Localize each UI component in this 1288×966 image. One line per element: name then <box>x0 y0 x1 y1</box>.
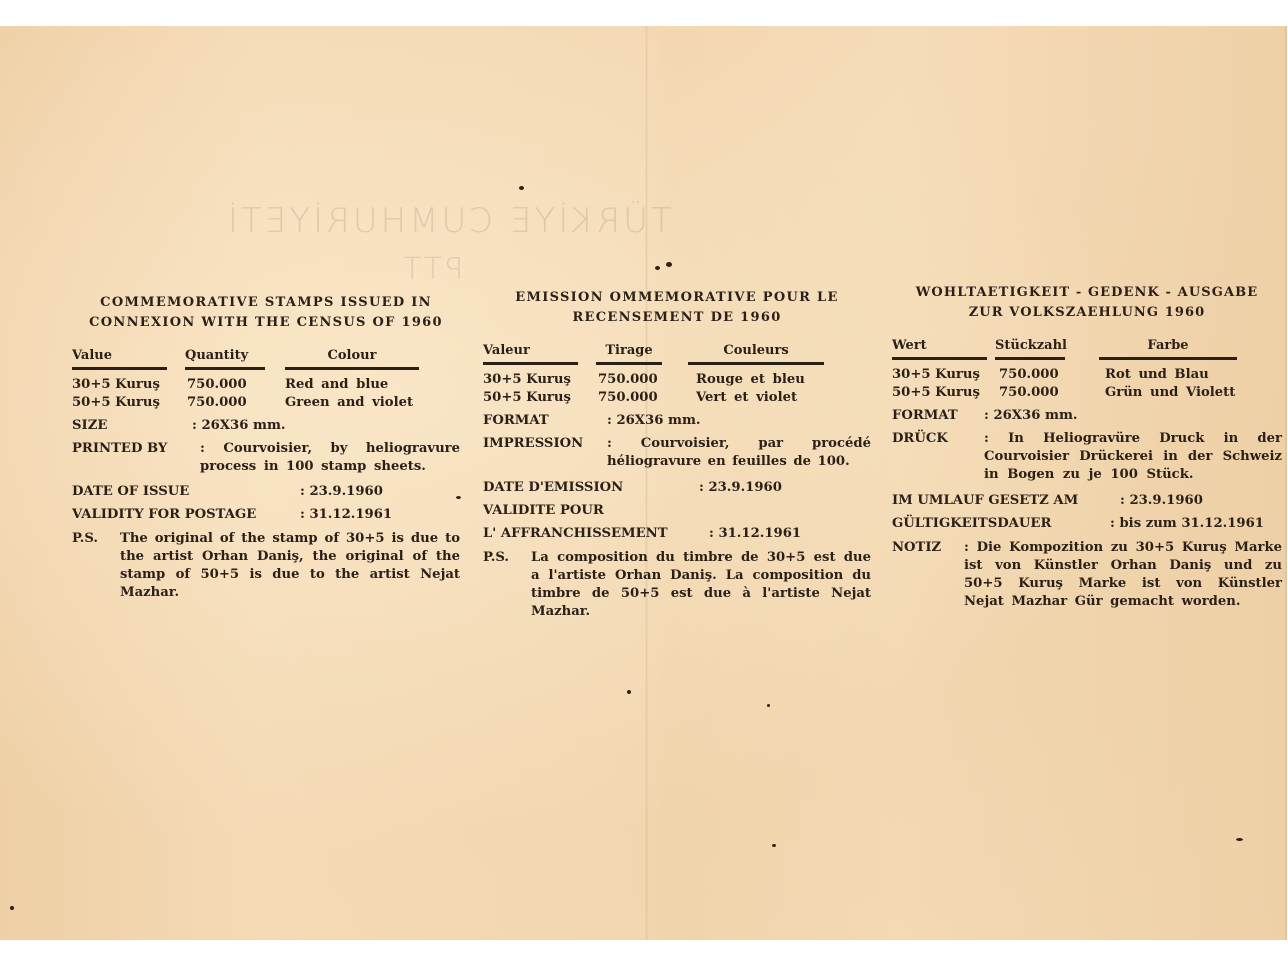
header-value: Value <box>72 347 167 370</box>
ink-speck <box>10 906 14 910</box>
french-table-header: Valeur Tirage Couleurs <box>483 342 871 365</box>
bleed-through-subtitle: PTT <box>400 252 463 287</box>
ink-speck <box>519 186 524 190</box>
table-row: 30+5 Kuruş 750.000 Rot und Blau <box>892 366 1282 384</box>
header-stueckzahl: Stückzahl <box>995 337 1065 360</box>
table-row: 30+5 Kuruş 750.000 Red and blue <box>72 376 460 394</box>
bleed-through-title: TÜRKİYE CUMHURİYETİ <box>225 201 672 241</box>
ink-speck <box>772 844 776 847</box>
header-farbe: Farbe <box>1099 337 1237 360</box>
header-valeur: Valeur <box>483 342 578 365</box>
gueltigkeitsdauer-field: GÜLTIGKEITSDAUER : bis zum 31.12.1961 <box>892 515 1282 533</box>
german-section: WOHLTAETIGKEIT - GEDENK - AUSGABE ZUR VO… <box>892 283 1282 611</box>
header-wert: Wert <box>892 337 987 360</box>
validite-label-field: VALIDITE POUR <box>483 502 871 520</box>
table-row: 50+5 Kuruş 750.000 Vert et violet <box>483 389 871 407</box>
header-couleurs: Couleurs <box>688 342 824 365</box>
header-quantity: Quantity <box>185 347 265 370</box>
date-of-issue-field: DATE OF ISSUE : 23.9.1960 <box>72 483 460 501</box>
german-table-header: Wert Stückzahl Farbe <box>892 337 1282 360</box>
notiz-field: NOTIZ : Die Kompozition zu 30+5 Kuruş Ma… <box>892 539 1282 611</box>
druck-field: DRÜCK : In Heliogravüre Druck in der Cou… <box>892 430 1282 484</box>
english-heading: COMMEMORATIVE STAMPS ISSUED IN CONNEXION… <box>72 293 460 333</box>
english-section: COMMEMORATIVE STAMPS ISSUED IN CONNEXION… <box>72 293 460 602</box>
english-table-header: Value Quantity Colour <box>72 347 460 370</box>
ink-speck <box>655 266 660 270</box>
table-row: 50+5 Kuruş 750.000 Green and violet <box>72 394 460 412</box>
ps-note: P.S. The original of the stamp of 30+5 i… <box>72 530 460 602</box>
size-field: SIZE : 26X36 mm. <box>72 417 460 435</box>
table-row: 30+5 Kuruş 750.000 Rouge et bleu <box>483 371 871 389</box>
table-row: 50+5 Kuruş 750.000 Grün und Violett <box>892 384 1282 402</box>
header-tirage: Tirage <box>596 342 662 365</box>
ink-speck <box>1236 838 1243 841</box>
header-colour: Colour <box>285 347 419 370</box>
french-section: EMISSION OMMEMORATIVE POUR LE RECENSEMEN… <box>483 288 871 621</box>
french-heading: EMISSION OMMEMORATIVE POUR LE RECENSEMEN… <box>483 288 871 328</box>
impression-field: IMPRESSION : Courvoisier, par procédé hé… <box>483 435 871 471</box>
validity-field: VALIDITY FOR POSTAGE : 31.12.1961 <box>72 506 460 524</box>
ink-speck <box>666 262 672 267</box>
ps-note: P.S. La composition du timbre de 30+5 es… <box>483 549 871 621</box>
ink-speck <box>627 690 631 694</box>
date-emission-field: DATE D'EMISSION : 23.9.1960 <box>483 479 871 497</box>
ink-speck <box>767 704 770 707</box>
german-heading: WOHLTAETIGKEIT - GEDENK - AUSGABE ZUR VO… <box>892 283 1282 323</box>
format-field: FORMAT : 26X36 mm. <box>483 412 871 430</box>
format-field: FORMAT : 26X36 mm. <box>892 407 1282 425</box>
printed-by-field: PRINTED BY : Courvoisier, by heliogravur… <box>72 440 460 476</box>
affranchissement-field: L' AFFRANCHISSEMENT : 31.12.1961 <box>483 525 871 543</box>
im-umlauf-field: IM UMLAUF GESETZ AM : 23.9.1960 <box>892 492 1282 510</box>
document-sheet: TÜRKİYE CUMHURİYETİ PTT COMMEMORATIVE ST… <box>0 26 1287 940</box>
